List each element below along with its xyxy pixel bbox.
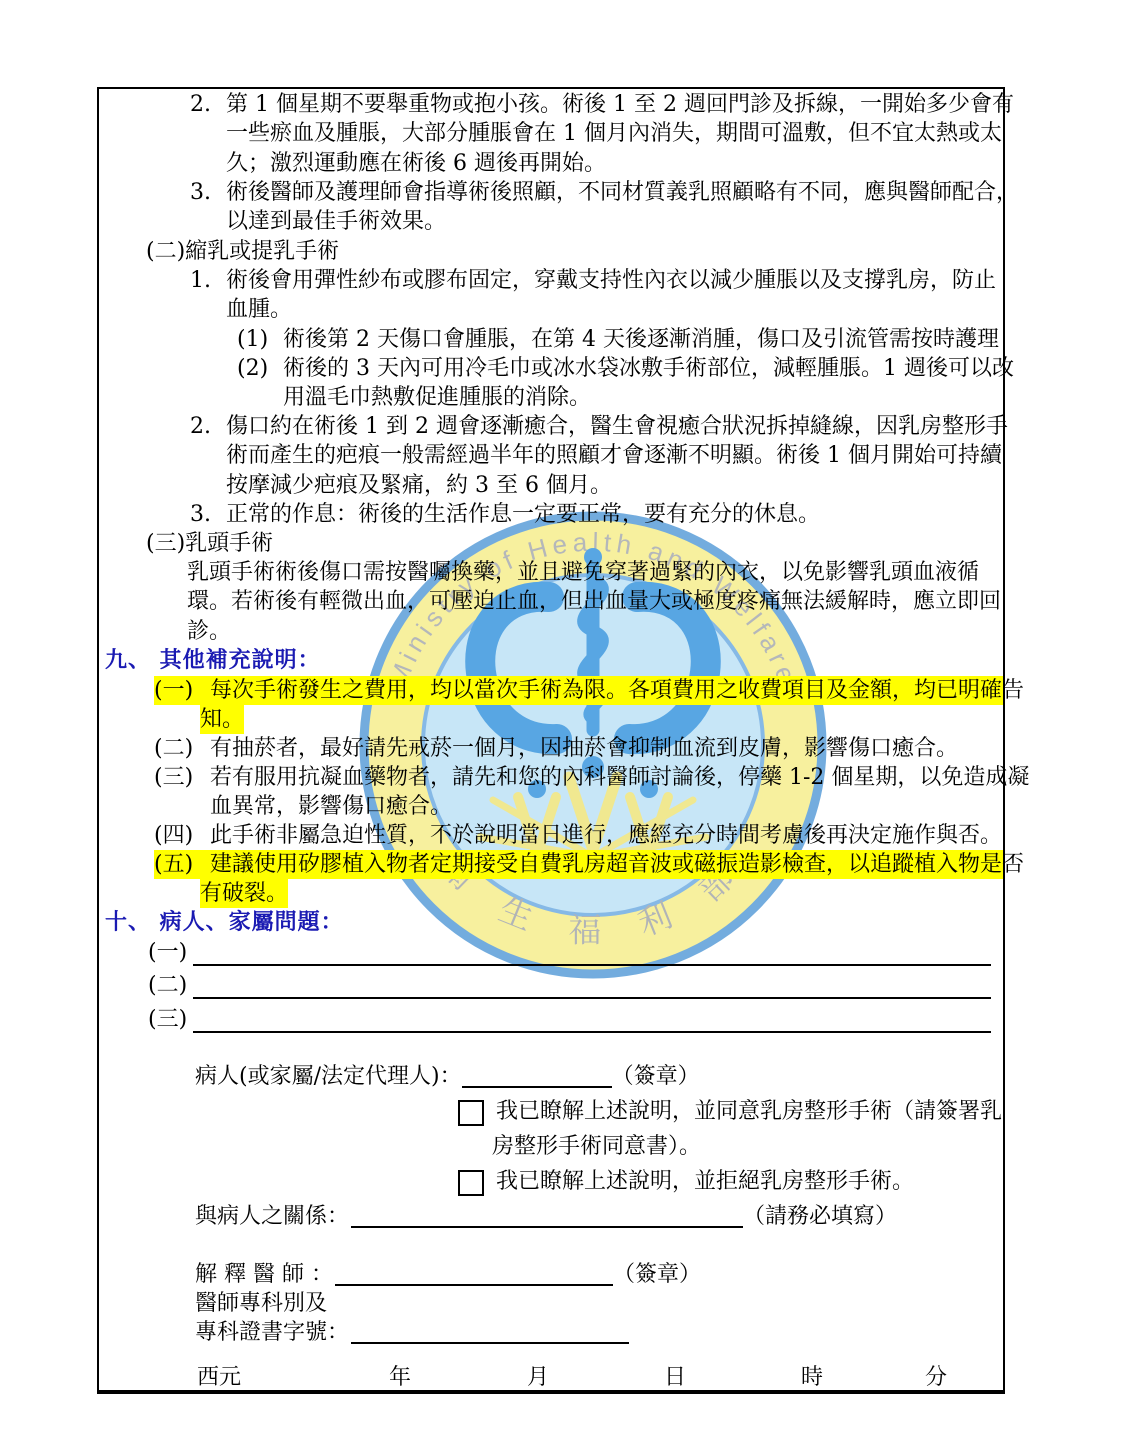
date-month-label: 月 (527, 1360, 549, 1391)
certificate-row: 專科證書字號： (195, 1318, 629, 1347)
list-marker: 3. (190, 500, 226, 529)
patient-signature-label: 病人(或家屬/法定代理人)： (195, 1062, 462, 1091)
relation-label: 與病人之關係： (195, 1202, 349, 1231)
relation-row: 與病人之關係： （請務必填寫） (195, 1202, 897, 1231)
seal-note: （簽章） (613, 1260, 701, 1289)
date-hour-label: 時 (801, 1360, 823, 1391)
question-blank-field[interactable] (193, 938, 991, 966)
section-heading-10: 十、 病人、家屬問題： (105, 908, 344, 937)
paragraph-text: 乳頭手術術後傷口需按醫囑換藥，並且避免穿著過緊的內衣，以免影響乳頭血液循 環。若… (187, 558, 1001, 646)
list-item-text: 此手術非屬急迫性質，不於說明當日進行，應經充分時間考慮後再決定施作與否。 (210, 821, 1002, 850)
relation-note: （請務必填寫） (743, 1202, 897, 1231)
specialty-label: 醫師專科別及 (195, 1289, 327, 1318)
relation-field[interactable] (351, 1202, 743, 1228)
agree-checkbox[interactable] (458, 1100, 484, 1126)
patient-signature-field[interactable] (462, 1062, 612, 1088)
seal-note: （簽章） (612, 1062, 700, 1091)
question-line-2: (二) (148, 971, 991, 1000)
list-item-text: 術後第 2 天傷口會腫脹，在第 4 天後逐漸消腫，傷口及引流管需按時護理 (283, 325, 999, 354)
section-heading-text: 十、 病人、家屬問題： (105, 908, 344, 937)
list-marker: 2. (190, 90, 226, 119)
list-item-text: 乳頭手術 (185, 529, 273, 558)
agree-option-continuation: 房整形手術同意書）。 (492, 1132, 701, 1161)
consent-form-page: Ministry of Health and Welfare 衛 生 福 利 部 (0, 0, 1122, 1452)
section-heading-9: 九、 其他補充說明： (105, 646, 321, 675)
list-marker: (一) (154, 676, 210, 705)
refuse-option-text: 我已瞭解上述說明，並拒絕乳房整形手術。 (496, 1167, 914, 1196)
section-heading-text: 九、 其他補充說明： (105, 646, 321, 675)
list-item: 3. 正常的作息：術後的生活作息一定要正常，要有充分的休息。 (190, 500, 820, 529)
certificate-field[interactable] (351, 1318, 629, 1344)
certificate-label: 專科證書字號： (195, 1318, 349, 1347)
question-blank-field[interactable] (193, 971, 991, 999)
question-blank-field[interactable] (193, 1005, 991, 1033)
list-item: 3. 術後醫師及護理師會指導術後照顧，不同材質義乳照顧略有不同，應與醫師配合， … (190, 178, 1018, 237)
list-item-text: 知。 (200, 705, 244, 734)
paragraph: 乳頭手術術後傷口需按醫囑換藥，並且避免穿著過緊的內衣，以免影響乳頭血液循 環。若… (187, 558, 1001, 646)
list-marker: 1. (190, 266, 226, 295)
list-marker: (四) (154, 821, 210, 850)
list-item: 2. 傷口約在術後 1 到 2 週會逐漸癒合，醫生會視癒合狀況拆掉縫線，因乳房整… (190, 412, 1008, 500)
question-marker: (二) (148, 971, 187, 1000)
agree-option-text: 房整形手術同意書）。 (492, 1132, 701, 1161)
list-item-highlighted: (五) 建議使用矽膠植入物者定期接受自費乳房超音波或磁振造影檢查，以追蹤植入物是… (154, 850, 1004, 879)
doctor-signature-row: 解 釋 醫 師 ： （簽章） (195, 1260, 701, 1289)
refuse-option-row: 我已瞭解上述說明，並拒絕乳房整形手術。 (458, 1167, 914, 1196)
agree-option-row: 我已瞭解上述說明，並同意乳房整形手術（請簽署乳 (458, 1097, 1002, 1126)
list-item-text: 有破裂。 (200, 879, 288, 908)
list-item-text: 建議使用矽膠植入物者定期接受自費乳房超音波或磁振造影檢查，以追蹤植入物是否 (210, 850, 1024, 879)
list-item: 1. 術後會用彈性紗布或膠布固定，穿戴支持性內衣以減少腫脹以及支撐乳房，防止 血… (190, 266, 996, 325)
agree-option-text: 我已瞭解上述說明，並同意乳房整形手術（請簽署乳 (496, 1097, 1002, 1126)
list-item-highlighted: (一) 每次手術發生之費用，均以當次手術為限。各項費用之收費項目及金額，均已明確… (154, 676, 1004, 705)
question-marker: (一) (148, 938, 187, 967)
date-year-label: 年 (389, 1360, 411, 1391)
list-item-text: 若有服用抗凝血藥物者，請先和您的內科醫師討論後，停藥 1-2 個星期，以免造成凝… (210, 763, 1029, 822)
question-line-1: (一) (148, 938, 991, 967)
patient-signature-row: 病人(或家屬/法定代理人)： （簽章） (195, 1062, 700, 1091)
list-marker: (1) (237, 325, 283, 354)
doctor-label: 解 釋 醫 師 ： (195, 1260, 333, 1289)
list-item-text: 傷口約在術後 1 到 2 週會逐漸癒合，醫生會視癒合狀況拆掉縫線，因乳房整形手 … (226, 412, 1008, 500)
list-item-text: 縮乳或提乳手術 (185, 237, 339, 266)
question-line-3: (三) (148, 1005, 991, 1034)
date-row: 西元 年 月 日 時 分 (0, 1360, 1122, 1392)
date-day-label: 日 (664, 1360, 686, 1391)
list-item-text: 術後醫師及護理師會指導術後照顧，不同材質義乳照顧略有不同，應與醫師配合， 以達到… (226, 178, 1018, 237)
list-item: (二) 有抽菸者，最好請先戒菸一個月，因抽菸會抑制血流到皮膚，影響傷口癒合。 (154, 734, 958, 763)
list-item: (四) 此手術非屬急迫性質，不於說明當日進行，應經充分時間考慮後再決定施作與否。 (154, 821, 1002, 850)
list-marker: (三) (146, 529, 185, 558)
list-marker: 3. (190, 178, 226, 207)
list-item-text: 每次手術發生之費用，均以當次手術為限。各項費用之收費項目及金額，均已明確告 (210, 676, 1024, 705)
doctor-signature-field[interactable] (335, 1260, 613, 1286)
list-item-text: 第 1 個星期不要舉重物或抱小孩。術後 1 至 2 週回門診及拆線，一開始多少會… (226, 90, 1014, 178)
question-marker: (三) (148, 1005, 187, 1034)
refuse-checkbox[interactable] (458, 1170, 484, 1196)
list-item-text: 正常的作息：術後的生活作息一定要正常，要有充分的休息。 (226, 500, 820, 529)
date-era-label: 西元 (197, 1360, 241, 1391)
list-item: (二) 縮乳或提乳手術 (146, 237, 339, 266)
list-marker: (二) (154, 734, 210, 763)
list-item-continuation: 知。 (200, 705, 244, 734)
list-marker: (2) (237, 354, 283, 383)
list-item: 2. 第 1 個星期不要舉重物或抱小孩。術後 1 至 2 週回門診及拆線，一開始… (190, 90, 1014, 178)
specialty-label-row: 醫師專科別及 (195, 1289, 327, 1318)
list-marker: 2. (190, 412, 226, 441)
list-item: (1) 術後第 2 天傷口會腫脹，在第 4 天後逐漸消腫，傷口及引流管需按時護理 (237, 325, 999, 354)
list-item-text: 有抽菸者，最好請先戒菸一個月，因抽菸會抑制血流到皮膚，影響傷口癒合。 (210, 734, 958, 763)
list-marker: (二) (146, 237, 185, 266)
list-marker: (五) (154, 850, 210, 879)
list-item-text: 術後的 3 天內可用冷毛巾或冰水袋冰敷手術部位，減輕腫脹。1 週後可以改 用溫毛… (283, 354, 1014, 413)
list-item-continuation: 有破裂。 (200, 879, 288, 908)
list-item: (三) 若有服用抗凝血藥物者，請先和您的內科醫師討論後，停藥 1-2 個星期，以… (154, 763, 1029, 822)
list-marker: (三) (154, 763, 210, 792)
list-item: (三) 乳頭手術 (146, 529, 273, 558)
list-item-text: 術後會用彈性紗布或膠布固定，穿戴支持性內衣以減少腫脹以及支撐乳房，防止 血腫。 (226, 266, 996, 325)
date-minute-label: 分 (925, 1360, 947, 1391)
list-item: (2) 術後的 3 天內可用冷毛巾或冰水袋冰敷手術部位，減輕腫脹。1 週後可以改… (237, 354, 1014, 413)
